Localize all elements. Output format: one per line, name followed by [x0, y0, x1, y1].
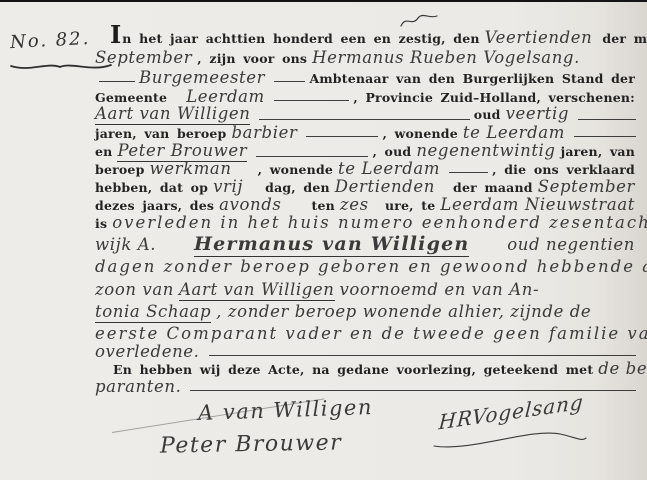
printed-text: jaren, van beroep: [95, 126, 226, 141]
printed-text: jaren, van: [561, 144, 635, 159]
handwritten-month: September: [95, 48, 192, 67]
signature-declarant-1: A van Willigen: [198, 395, 374, 425]
act-line-09: hebben, dat op vrij dag, den Dertienden …: [95, 177, 640, 196]
handwritten-text: zoon van: [95, 280, 174, 299]
printed-text: der maand: [453, 180, 533, 195]
handwritten-hour: zes: [340, 195, 369, 214]
handwritten-official-name: Hermanus Rueben Vogelsang.: [312, 48, 580, 67]
printed-text: der maand: [602, 31, 647, 46]
handwritten-text: voornoemd en van An-: [340, 280, 540, 299]
printed-text: , zijn voor ons: [197, 51, 307, 66]
act-line-13: dagen zonder beroep geboren en gewoond h…: [95, 257, 640, 276]
printed-text: is: [95, 216, 107, 231]
printed-text: en: [95, 144, 112, 159]
handwritten-mother-name: tonia Schaap: [95, 302, 211, 323]
act-line-16: eerste Comparant vader en de tweede geen…: [95, 324, 640, 343]
handwritten-title: Burgemeester: [139, 68, 265, 87]
handwritten-declarant1-name: Aart van Willigen: [95, 104, 250, 125]
act-line-11: is overleden in het huis numero eenhonde…: [95, 213, 640, 232]
act-line-15: tonia Schaap , zonder beroep wonende alh…: [95, 302, 640, 323]
act-line-12: wijk A. Hermanus van Willigen oud negent…: [95, 233, 640, 257]
handwritten-age-of-deceased: oud negentien: [507, 235, 635, 254]
handwritten-text: eerste Comparant vader en de tweede geen…: [95, 324, 647, 343]
handwritten-age: veertig: [506, 104, 569, 123]
handwritten-month: September: [538, 177, 635, 196]
printed-text: , Provincie Zuid–Holland, verschenen:: [353, 90, 635, 105]
act-line-01: In het jaar achttien honderd een en zest…: [110, 28, 640, 47]
signature-underline-flourish-icon: [430, 426, 590, 452]
printed-text: , wonende: [382, 126, 457, 141]
handwritten-day: Dertienden: [335, 177, 435, 196]
act-line-08: beroep werkman , wonende te Leerdam , di…: [95, 159, 640, 178]
printed-text: oud: [474, 107, 501, 122]
printed-text: dag, den: [265, 180, 330, 195]
printed-text: dezes jaars, des: [95, 198, 214, 213]
signature-declarant-2: Peter Brouwer: [160, 430, 343, 458]
scan-edge-line: [0, 0, 647, 2]
act-line-14: zoon van Aart van Willigen voornoemd en …: [95, 280, 640, 301]
act-line-02: September , zijn voor ons Hermanus Ruebe…: [95, 48, 640, 67]
handwritten-district: wijk A.: [95, 235, 156, 254]
handwritten-residence: te Leerdam: [463, 123, 565, 142]
handwritten-daypart: avonds: [219, 195, 281, 214]
printed-text: , oud: [372, 144, 411, 159]
handwritten-day: Veertienden: [485, 28, 593, 47]
handwritten-place: Leerdam Nieuwstraat: [440, 195, 635, 214]
printed-text: Ambtenaar van den Burgerlijken Stand der: [309, 71, 635, 86]
handwritten-age: negenentwintig: [416, 141, 555, 160]
printed-text: Gemeente: [95, 90, 167, 105]
blank-line-rule: [274, 100, 350, 101]
printed-text: ten: [311, 198, 334, 213]
handwritten-father-name: Aart van Willigen: [179, 280, 334, 301]
handwritten-text: de beide Com-: [598, 359, 647, 378]
printed-text: beroep: [95, 162, 145, 177]
handwritten-occupation: werkman: [150, 159, 232, 178]
handwritten-text: paranten.: [95, 377, 181, 396]
blank-line-rule: [259, 119, 469, 120]
act-line-06: jaren, van beroep barbier , wonende te L…: [95, 123, 640, 142]
handwritten-deceased-name: Hermanus van Willigen: [194, 233, 469, 257]
handwritten-weekday: vrij: [213, 177, 243, 196]
printed-text: , die ons verklaard: [492, 162, 635, 177]
blank-line-rule: [209, 355, 636, 356]
death-certificate-scan: No. 82. In het jaar achttien honderd een…: [0, 0, 647, 480]
handwritten-occupation: barbier: [231, 123, 297, 142]
blank-line-rule: [99, 81, 135, 82]
blank-line-rule: [449, 172, 488, 173]
printed-text: hebben, dat op: [95, 180, 208, 195]
act-line-10: dezes jaars, des avonds ten zes ure, te …: [95, 195, 640, 214]
handwritten-text: , zonder beroep wonende alhier, zijnde d…: [216, 302, 591, 321]
handwritten-residence: te Leerdam: [338, 159, 440, 178]
blank-line-rule: [306, 136, 378, 137]
printed-text: ure, te: [385, 198, 435, 213]
act-line-03: Burgemeester Ambtenaar van den Burgerlij…: [95, 68, 640, 87]
blank-line-rule: [578, 119, 636, 120]
handwritten-text: dagen zonder beroep geboren en gewoond h…: [95, 257, 647, 276]
drop-cap: I: [110, 29, 121, 41]
printed-text: n het jaar achttien honderd een en zesti…: [122, 31, 479, 46]
act-line-18: En hebben wij deze Acte, na gedane voorl…: [113, 359, 640, 378]
printed-closing-text: En hebben wij deze Acte, na gedane voorl…: [113, 362, 593, 377]
blank-line-rule: [574, 136, 636, 137]
act-number: No. 82.: [10, 28, 91, 53]
act-line-05: Aart van Willigen oud veertig: [95, 104, 640, 125]
blank-line-rule: [256, 156, 368, 157]
handwritten-death-statement: overleden in het huis numero eenhonderd …: [112, 213, 647, 232]
printed-text: , wonende: [258, 162, 333, 177]
blank-line-rule: [274, 81, 305, 82]
